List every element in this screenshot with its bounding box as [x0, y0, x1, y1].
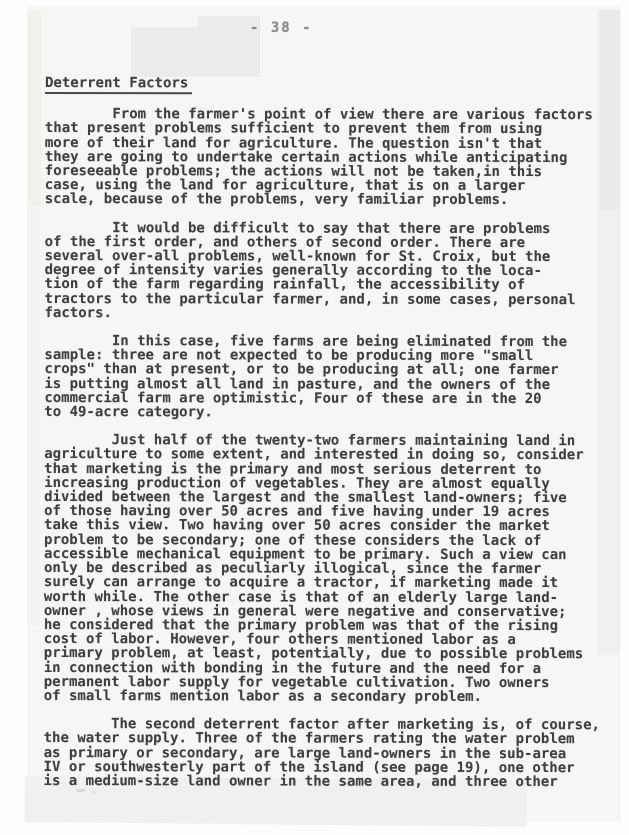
section-heading: Deterrent Factors [45, 76, 192, 95]
page-number: - 38 - [250, 20, 313, 36]
document-body: Deterrent Factors From the farmer's poin… [43, 76, 605, 803]
scanned-document-page: - 38 - Deterrent Factors From the farmer… [0, 0, 629, 835]
paragraph: It would be difficult to say that there … [44, 221, 604, 322]
paragraph: Just half of the twenty-two farmers main… [44, 433, 605, 704]
paragraph: In this case, five farms are being elimi… [44, 334, 604, 420]
paragraph: From the farmer's point of view there ar… [45, 107, 605, 208]
paragraph: The second deterrent factor after market… [44, 717, 604, 789]
